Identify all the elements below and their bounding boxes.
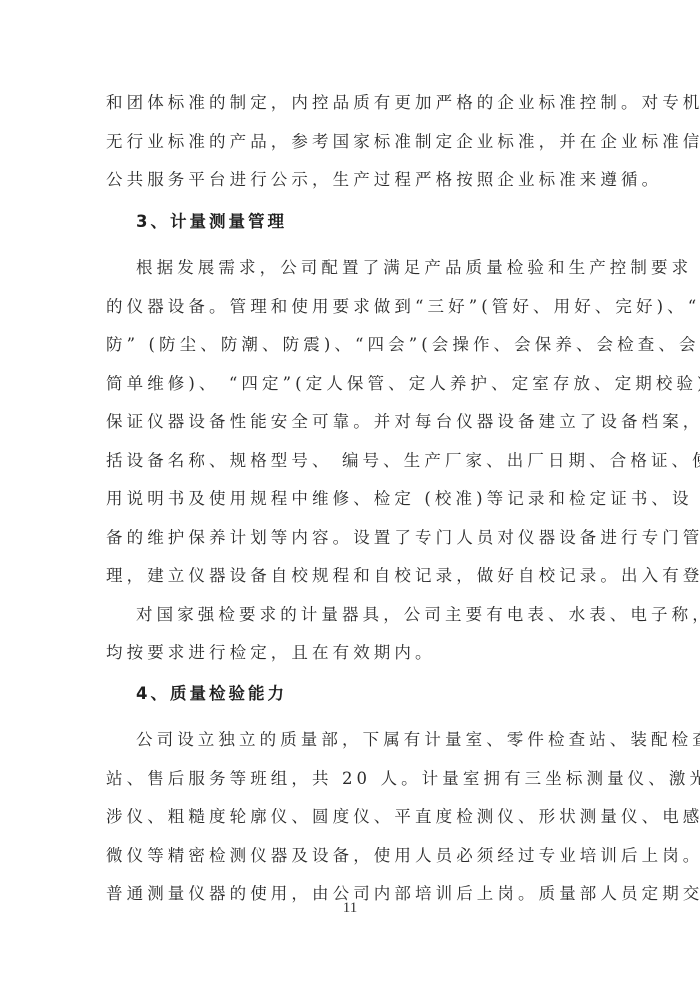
paragraph-line: 用说明书及使用规程中维修、检定 (校准)等记录和检定证书、设: [106, 488, 596, 510]
paragraph-line: 和团体标准的制定，内控品质有更加严格的企业标准控制。对专机类: [106, 92, 596, 114]
paragraph-line: 防” (防尘、防潮、防震)、“四会”(会操作、会保养、会检查、会: [106, 334, 596, 356]
paragraph-line: 备的维护保养计划等内容。设置了专门人员对仪器设备进行专门管: [106, 527, 596, 549]
paragraph-line: 根据发展需求，公司配置了满足产品质量检验和生产控制要求: [136, 257, 626, 279]
paragraph-line: 括设备名称、规格型号、 编号、生产厂家、出厂日期、合格证、使: [106, 450, 596, 472]
section-heading-3: 3、计量测量管理: [136, 211, 287, 233]
paragraph-line: 公司设立独立的质量部，下属有计量室、零件检查站、装配检查: [136, 729, 626, 751]
paragraph-line: 站、售后服务等班组，共 20 人。计量室拥有三坐标测量仪、激光干: [106, 768, 596, 790]
paragraph-line: 均按要求进行检定，且在有效期内。: [106, 642, 596, 664]
paragraph-line: 无行业标准的产品，参考国家标准制定企业标准，并在企业标准信息: [106, 131, 596, 153]
paragraph-line: 对国家强检要求的计量器具，公司主要有电表、水表、电子称，: [136, 604, 626, 626]
page-number: 11: [0, 900, 700, 917]
section-heading-4: 4、质量检验能力: [136, 683, 287, 705]
paragraph-line: 简单维修)、 “四定”(定人保管、定人养护、定室存放、定期校验),: [106, 373, 596, 395]
paragraph-line: 涉仪、粗糙度轮廓仪、圆度仪、平直度检测仪、形状测量仪、电感测: [106, 806, 596, 828]
paragraph-line: 保证仪器设备性能安全可靠。并对每台仪器设备建立了设备档案，包: [106, 411, 596, 433]
paragraph-line: 理，建立仪器设备自校规程和自校记录，做好自校记录。出入有登记。: [106, 565, 596, 587]
paragraph-line: 公共服务平台进行公示，生产过程严格按照企业标准来遵循。: [106, 169, 596, 191]
paragraph-line: 微仪等精密检测仪器及设备，使用人员必须经过专业培训后上岗。对: [106, 845, 596, 867]
document-page: 和团体标准的制定，内控品质有更加严格的企业标准控制。对专机类 无行业标准的产品，…: [0, 0, 700, 990]
paragraph-line: 的仪器设备。管理和使用要求做到“三好”(管好、用好、完好)、“三: [106, 296, 596, 318]
